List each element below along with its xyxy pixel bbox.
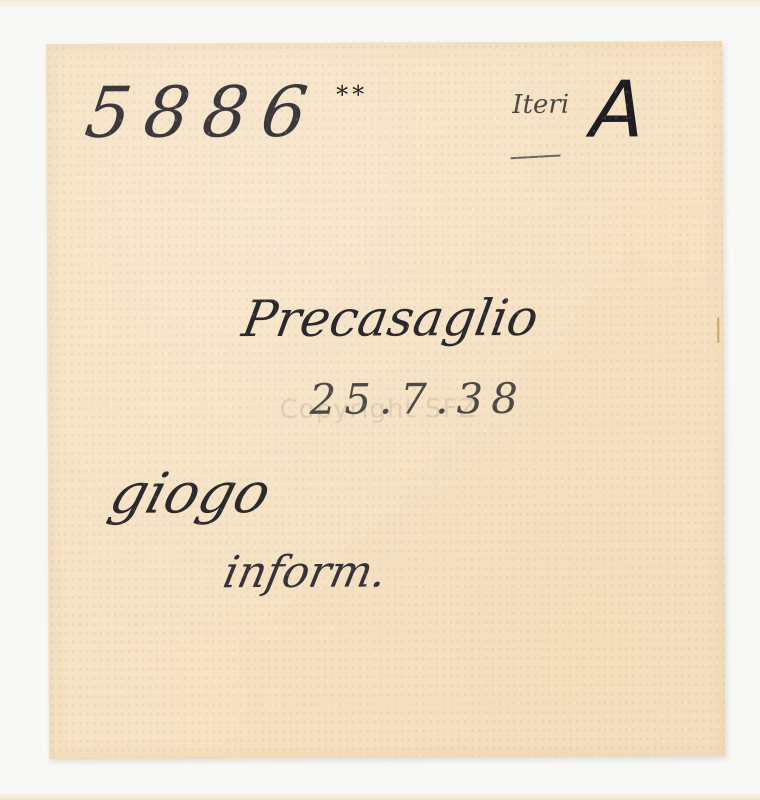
paper-edge-stain [717, 317, 719, 343]
top-mount-edge [0, 0, 760, 7]
locality: Precasaglio [238, 289, 542, 348]
note: inform. [219, 546, 392, 598]
series-underline [510, 154, 560, 159]
series-letter: A [580, 65, 655, 155]
mount-board: 5886 ** Iteri A Precasaglio Copyright SF… [0, 7, 760, 794]
place-name: giogo [103, 461, 278, 527]
catalog-marks: ** [336, 81, 368, 109]
catalog-number: 5886 [81, 71, 326, 154]
label-paper: 5886 ** Iteri A Precasaglio Copyright SF… [46, 41, 725, 759]
series-label: Iteri [512, 90, 569, 120]
collection-date: 25.7.38 [309, 374, 526, 424]
bottom-mount-edge [0, 794, 760, 800]
